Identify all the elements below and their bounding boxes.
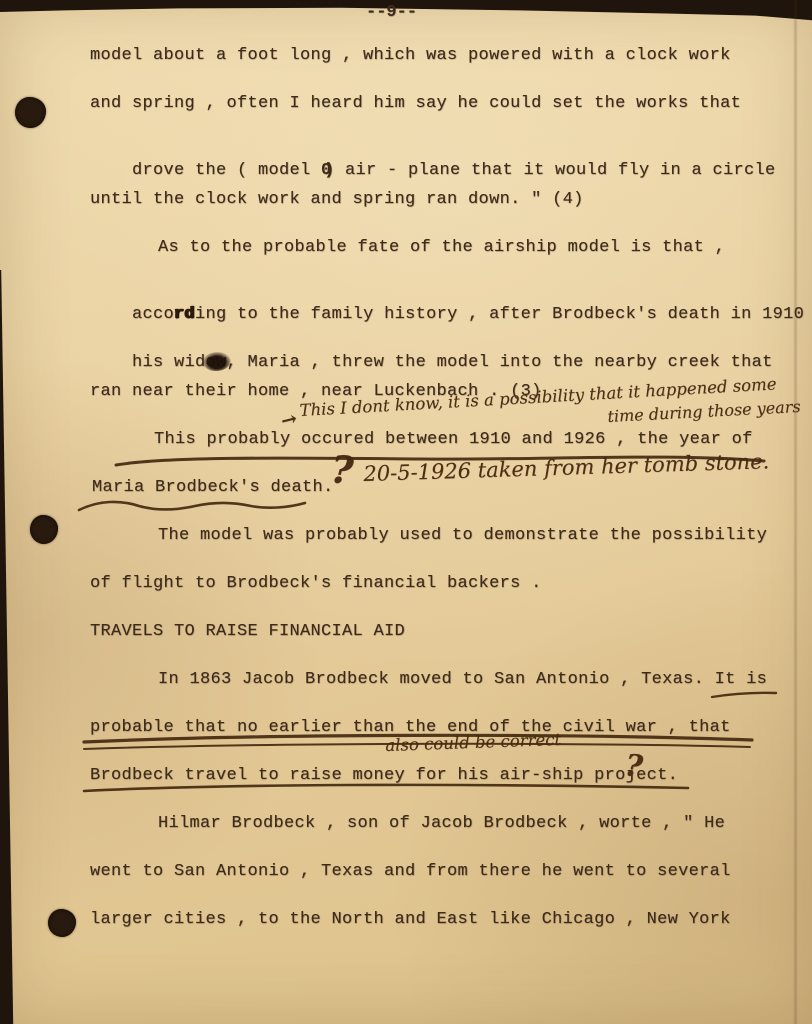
typed-text: ing to the family history , after Brodbe…: [195, 305, 812, 324]
overstrike-text: rd: [174, 305, 195, 324]
ink-blot-text: ow: [206, 353, 227, 372]
question-mark-project: ?: [623, 748, 644, 785]
typed-line: This probably occured between 1910 and 1…: [154, 430, 753, 449]
typed-text: air - plane that it would fly in a circl…: [334, 161, 775, 180]
typed-text: acco: [132, 305, 174, 324]
typed-text: drove the ( model: [132, 161, 321, 180]
question-hook-mark: ?: [329, 446, 354, 492]
typed-line: In 1863 Jacob Brodbeck moved to San Anto…: [158, 670, 767, 689]
typed-line: of flight to Brodbeck's financial backer…: [90, 574, 542, 593]
page-number: --9--: [366, 3, 417, 22]
typed-line: and spring , often I heard him say he co…: [90, 94, 741, 113]
typed-line: As to the probable fate of the airship m…: [158, 238, 725, 257]
typed-text: his wid: [132, 353, 206, 372]
typed-line: Brodbeck travel to raise money for his a…: [90, 766, 678, 785]
typed-line: Maria Brodbeck's death.: [92, 478, 334, 497]
overstrike-text: 0): [321, 161, 334, 180]
typed-line: Hilmar Brodbeck , son of Jacob Brodbeck …: [158, 814, 725, 833]
typed-line: went to San Antonio , Texas and from the…: [90, 862, 731, 881]
typed-line: larger cities , to the North and East li…: [90, 910, 731, 929]
typed-text: , Maria , threw the model into the nearb…: [227, 353, 773, 372]
paper-crease: [793, 0, 798, 1024]
typed-line: until the clock work and spring ran down…: [90, 190, 584, 209]
scanned-typewritten-page: --9-- model about a foot long , which wa…: [0, 0, 812, 1024]
typed-line: model about a foot long , which was powe…: [90, 46, 731, 65]
typed-line: The model was probably used to demonstra…: [158, 526, 767, 545]
section-heading: TRAVELS TO RAISE FINANCIAL AID: [90, 622, 405, 641]
